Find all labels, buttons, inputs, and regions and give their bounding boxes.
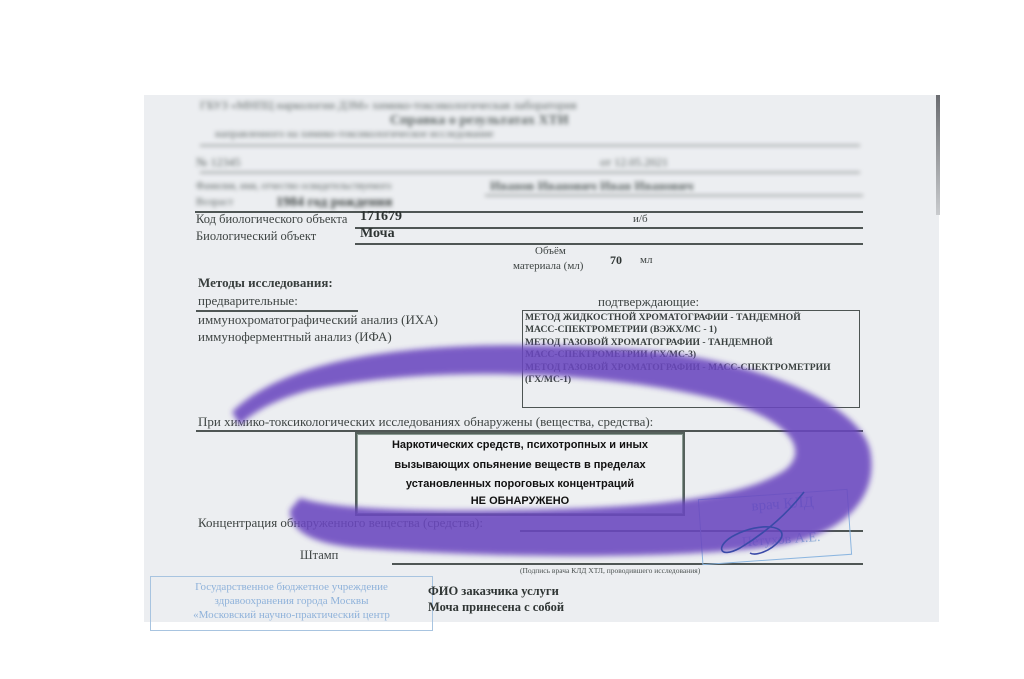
doctor-stamp: врач КЛД Петухов А.Е.	[698, 489, 852, 565]
findings-label: При химико-токсикологических исследовани…	[198, 414, 653, 430]
confirming-line: МЕТОД ГАЗОВОЙ ХРОМАТОГРАФИИ - ТАНДЕМНОЙ	[525, 337, 857, 349]
volume-label-1: Объём	[535, 245, 566, 257]
concentration-label: Концентрация обнаруженного вещества (сре…	[198, 515, 483, 531]
methods-heading: Методы исследования:	[198, 275, 333, 291]
header-date: от 12.05.2021	[600, 155, 668, 170]
institution-line: «Московский научно-практический центр	[151, 608, 432, 622]
bio-object-label: Биологический объект	[196, 229, 316, 244]
bio-object-value: Моча	[360, 226, 395, 242]
paper-edge-shadow	[936, 95, 940, 215]
doctor-stamp-name: Петухов А.Е.	[742, 530, 821, 551]
institution-line: Государственное бюджетное учреждение	[151, 580, 432, 594]
stamp-label: Штамп	[300, 548, 338, 563]
header-title: Справка о результатах ХТИ	[390, 113, 569, 129]
signature-caption: (Подпись врача КЛД ХТЛ, проводившего исс…	[520, 566, 700, 575]
result-line: установленных пороговых концентраций	[357, 475, 683, 493]
confirming-methods-box: МЕТОД ЖИДКОСТНОЙ ХРОМАТОГРАФИИ - ТАНДЕМН…	[522, 310, 860, 408]
confirming-line: МЕТОД ГАЗОВОЙ ХРОМАТОГРАФИИ - МАСС-СПЕКТ…	[525, 362, 857, 374]
confirming-line: МЕТОД ЖИДКОСТНОЙ ХРОМАТОГРАФИИ - ТАНДЕМН…	[525, 312, 857, 324]
age-label: Возраст	[196, 196, 233, 208]
result-line: Наркотических средств, психотропных и ин…	[357, 435, 683, 455]
confirming-line: МАСС-СПЕКТРОМЕТРИИ (ГХ/МС-3)	[525, 349, 857, 361]
confirming-line: (ГХ/МС-1)	[525, 374, 857, 386]
header-line-1: ГБУЗ «МНПЦ наркологии ДЗМ» химико-токсик…	[200, 98, 577, 113]
name-value: Иванов Иванович Иван Иванович	[490, 178, 693, 194]
name-label: Фамилия, имя, отчество освидетельствуемо…	[196, 181, 391, 192]
institution-stamp: Государственное бюджетное учреждение здр…	[150, 576, 433, 631]
volume-label-2: материала (мл)	[513, 260, 583, 272]
result-box: Наркотических средств, психотропных и ин…	[355, 432, 685, 516]
bio-code-label: Код биологического объекта	[196, 212, 347, 227]
bio-code-value: 171679	[360, 209, 402, 225]
result-verdict: НЕ ОБНАРУЖЕНО	[357, 493, 683, 509]
client-note: Моча принесена с собой	[428, 600, 564, 615]
preliminary-method-1: иммунохроматографический анализ (ИХА)	[198, 312, 438, 328]
result-line: вызывающих опьянение веществ в пределах	[357, 455, 683, 475]
institution-line: здравоохранения города Москвы	[151, 594, 432, 608]
preliminary-method-2: иммуноферментный анализ (ИФА)	[198, 329, 392, 345]
bio-code-suffix: и/б	[633, 213, 648, 225]
doctor-stamp-title: врач КЛД	[751, 494, 814, 515]
confirming-line: МАСС-СПЕКТРОМЕТРИИ (ВЭЖХ/МС - 1)	[525, 324, 857, 336]
header-line-3: направленного на химико-токсикологическо…	[215, 128, 494, 140]
client-label: ФИО заказчика услуги	[428, 584, 559, 599]
volume-value: 70	[610, 253, 622, 268]
volume-unit: мл	[640, 254, 652, 266]
preliminary-label: предварительные:	[198, 293, 298, 309]
confirming-label: подтверждающие:	[598, 294, 699, 310]
header-number: № 12345	[196, 155, 240, 170]
